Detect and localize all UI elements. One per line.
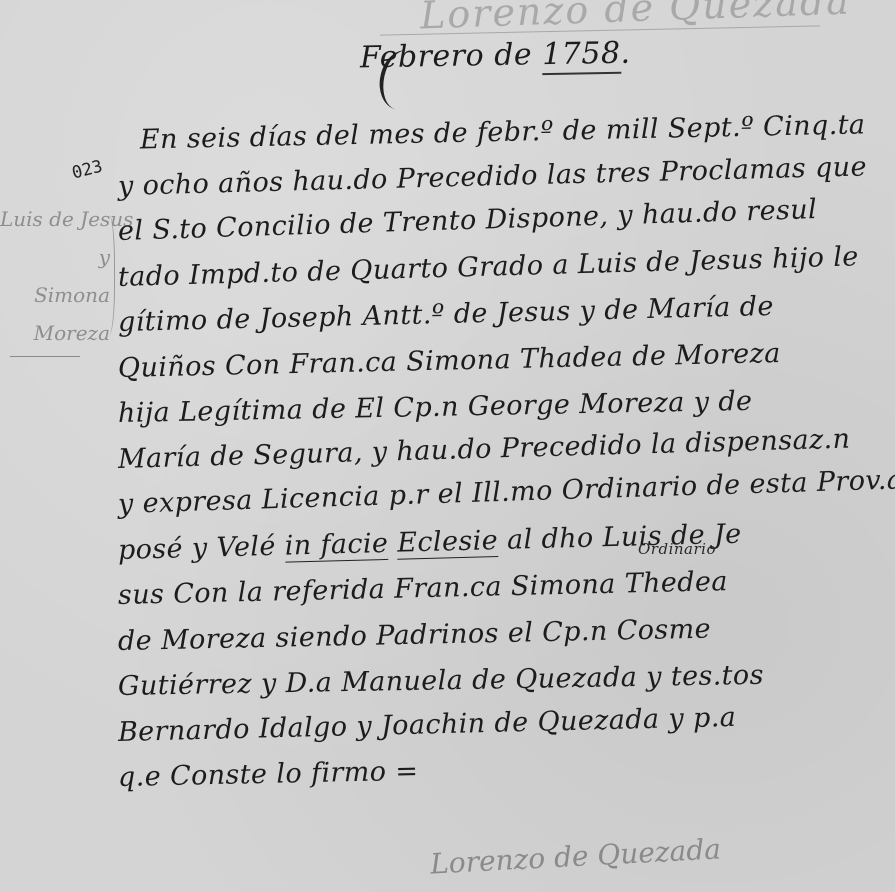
margin-note-line: Simona [0,276,110,314]
heading-month: Febrero de [360,37,543,75]
entry-number: 023 [70,157,105,184]
interlinear-ordinario: Ordinario [638,540,716,558]
entry-body: En seis días del mes de febr.º de mill S… [118,118,878,801]
underlined-eclesie: Eclesie [397,525,499,560]
entry-line-start: posé y Velé [118,530,286,565]
margin-brace [100,215,115,335]
register-page: Lorenzo de Quezada Febrero de 1758. 023 … [0,0,895,892]
margin-note: Luis de Jesus y Simona Moreza [0,200,110,352]
margin-rule [10,356,80,357]
margin-note-line: Luis de Jesus [0,200,110,238]
page-heading: Febrero de 1758. [360,36,631,76]
signature: Lorenzo de Quezada [429,832,721,880]
margin-note-line: Moreza [0,314,110,352]
heading-year: 1758 [542,36,621,75]
heading-period: . [620,36,631,71]
underlined-in-facie: in facie [284,527,388,562]
bleed-through-text-top: Lorenzo de Quezada [419,0,851,38]
margin-note-line: y [0,238,110,276]
